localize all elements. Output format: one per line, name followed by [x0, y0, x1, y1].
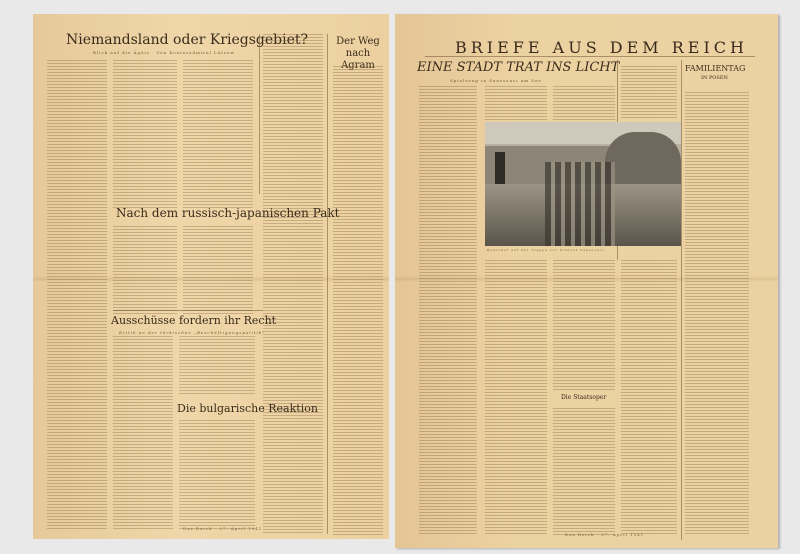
newspaper-right-page: BRIEFE AUS DEM REICH EINE STADT TRAT INS… [395, 14, 778, 548]
page-footer: Das Reich · 27. April 1941 [183, 526, 262, 531]
column-rule [259, 34, 260, 194]
headline-ausschuesse: Ausschüsse fordern ihr Recht [111, 314, 276, 327]
section-title: BRIEFE AUS DEM REICH [455, 38, 748, 57]
text-column [113, 226, 177, 316]
text-column [179, 420, 255, 530]
text-column [485, 260, 547, 536]
text-column [183, 60, 253, 210]
text-column [621, 66, 677, 120]
text-column [553, 408, 615, 536]
text-column [553, 260, 615, 390]
headline-stadt: EINE STADT TRAT INS LICHT [417, 60, 619, 75]
text-column [113, 60, 177, 210]
headline-bulgarische: Die bulgarische Reaktion [177, 402, 318, 415]
text-column [179, 336, 255, 396]
newspaper-left-page: Niemandsland oder Kriegsgebiet? Blick au… [33, 14, 389, 539]
photo-tree [495, 152, 505, 186]
page-footer: Das Reich · 27. April 1941 [565, 532, 644, 537]
news-photo-sanssouci [485, 122, 681, 246]
headline-staatsoper: Die Staatsoper [561, 394, 606, 401]
photo-people [545, 162, 615, 246]
text-column [621, 260, 677, 536]
text-column [553, 86, 615, 120]
section-rule [113, 310, 263, 311]
column-rule [327, 34, 328, 534]
text-column [263, 34, 323, 534]
photo-caption: Besucher auf der Treppe vor Schloss Sans… [487, 248, 604, 252]
photo-dome [605, 132, 681, 192]
text-column [419, 86, 477, 536]
headline-ausschuesse-sub: Kritik an der türkischen „Beschäftigungs… [119, 330, 265, 335]
headline-stadt-sub: Spielzeug in Sanssouci am See [450, 78, 542, 83]
headline-niemandsland-sub: Blick auf die Ägäis · Von Konteradmiral … [93, 50, 235, 55]
headline-pakt: Nach dem russisch-japanischen Pakt [116, 206, 340, 220]
text-column [685, 92, 749, 536]
headline-familientag-sub: IN POSEN [701, 75, 728, 81]
text-column [485, 86, 547, 120]
text-column [113, 336, 173, 530]
headline-familientag: FAMILIENTAG [685, 64, 745, 73]
text-column [47, 60, 107, 530]
text-column [333, 66, 383, 536]
text-column [183, 226, 253, 316]
column-rule [681, 60, 682, 540]
